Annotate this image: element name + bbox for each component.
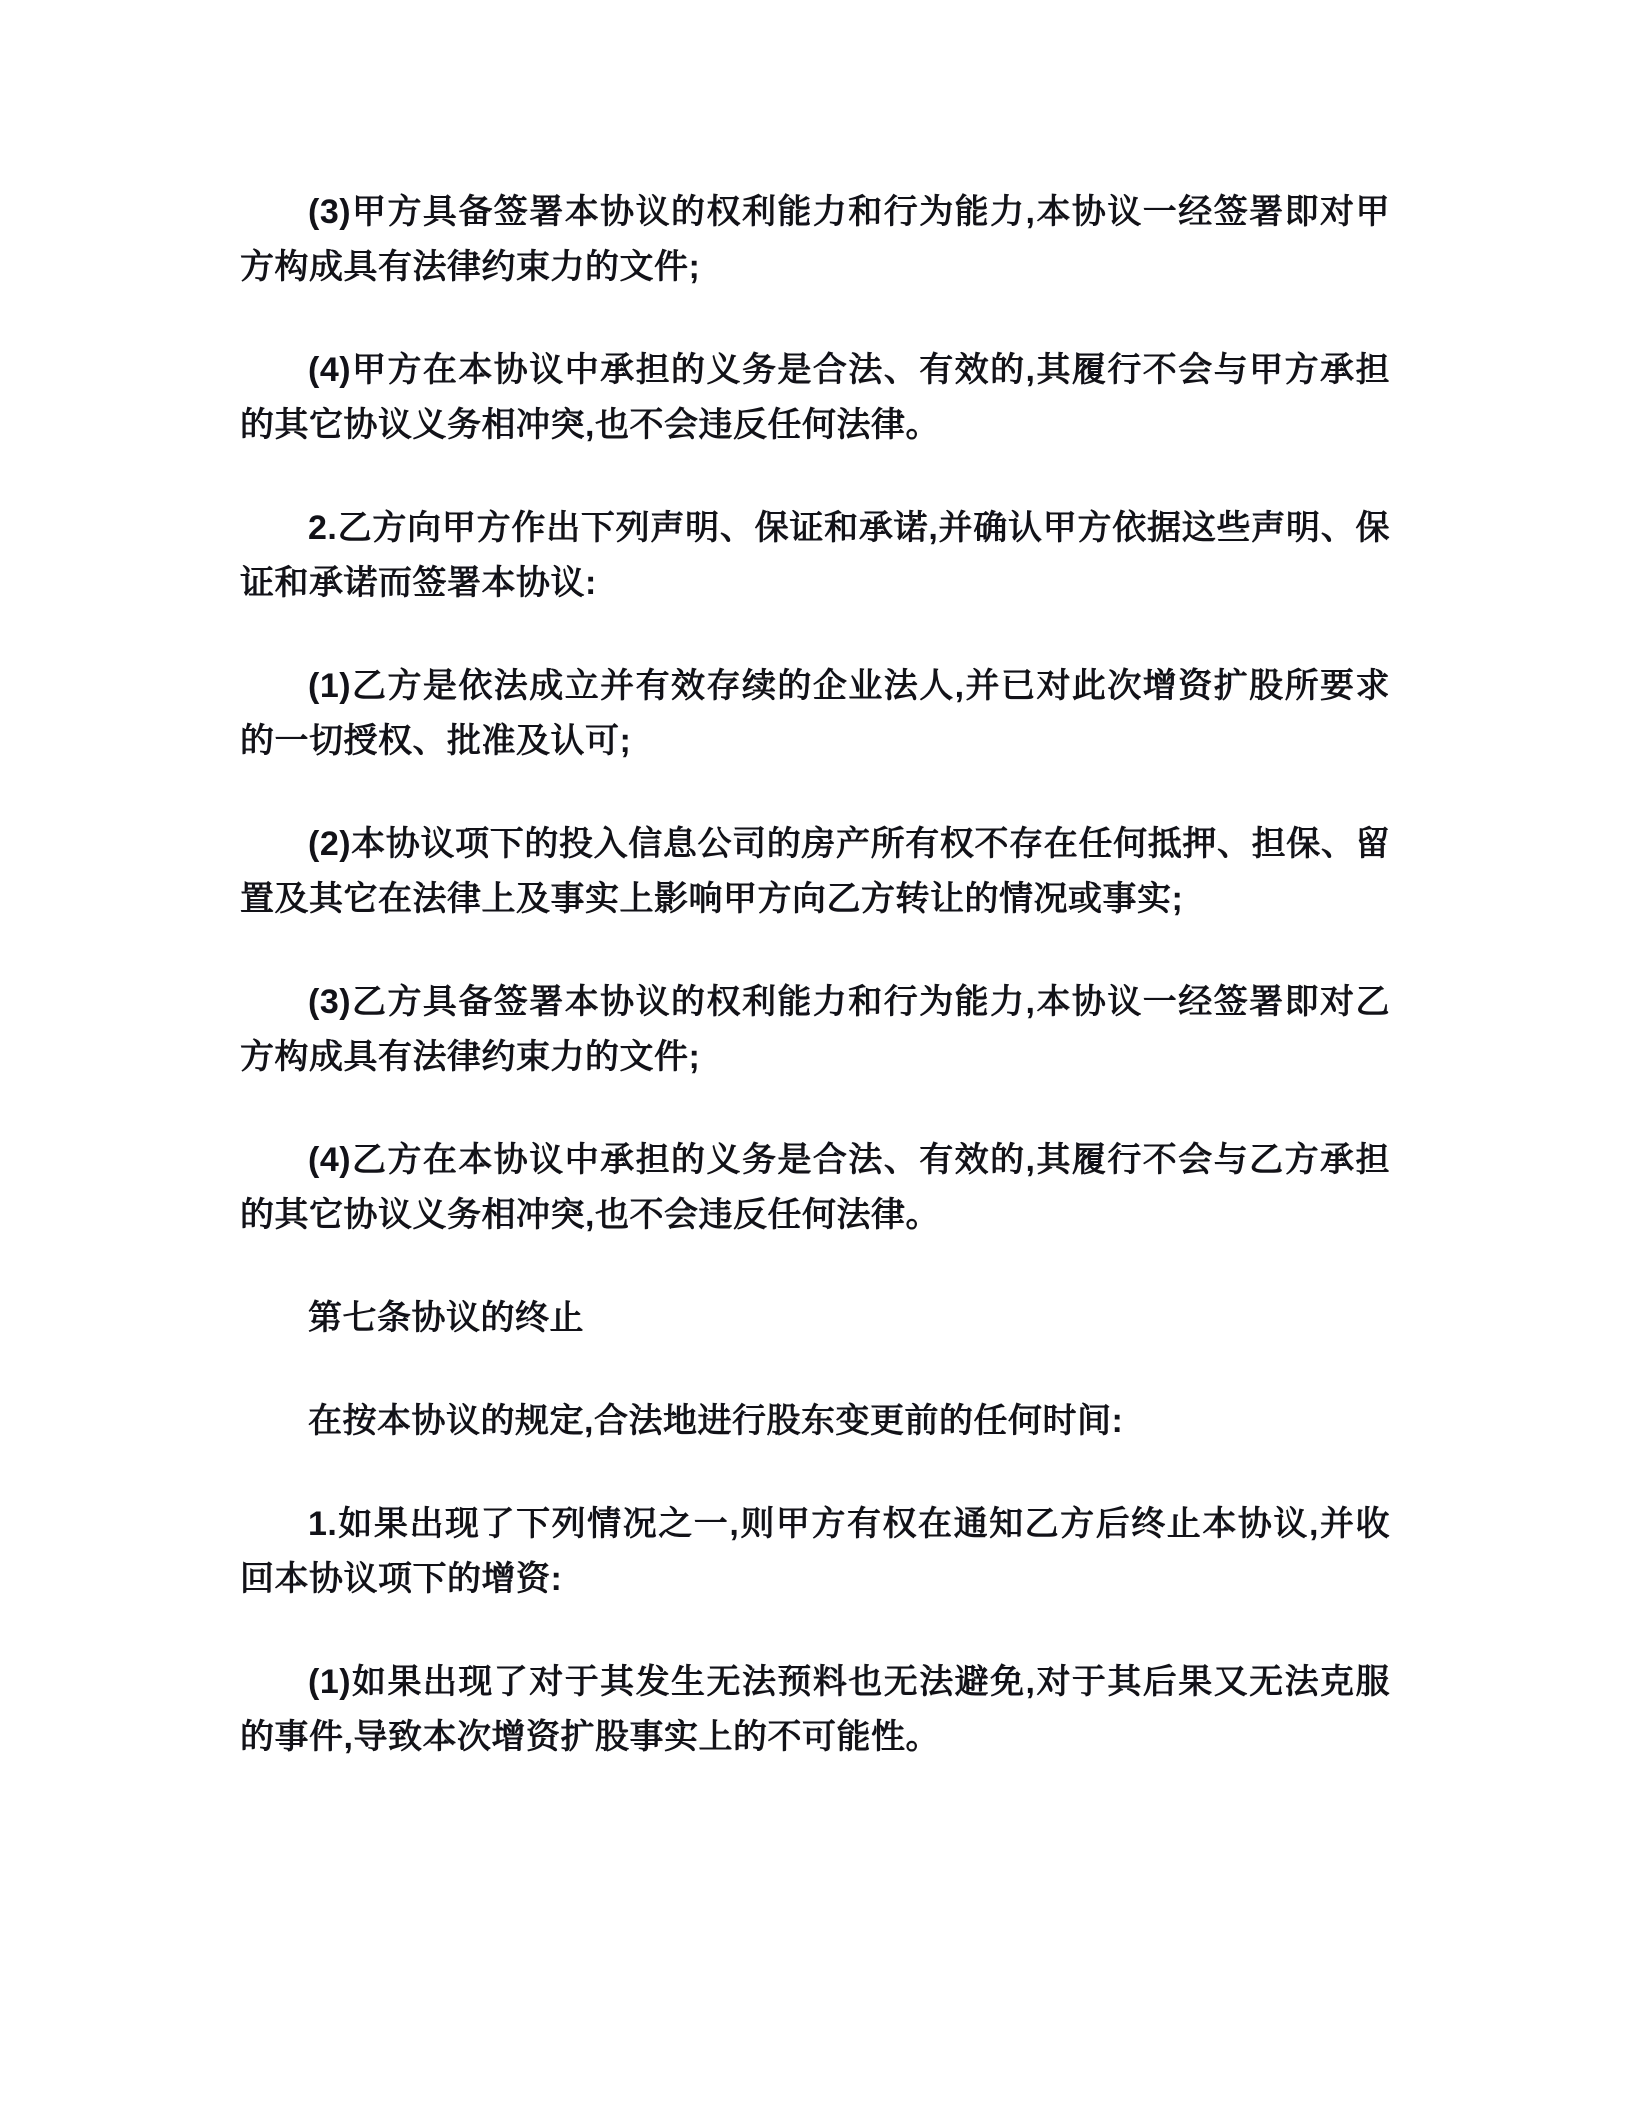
contract-paragraph: (1)乙方是依法成立并有效存续的企业法人,并已对此次增资扩股所要求的一切授权、批… — [240, 659, 1390, 769]
contract-paragraph: (3)乙方具备签署本协议的权利能力和行为能力,本协议一经签署即对乙方构成具有法律… — [240, 975, 1390, 1085]
document-page: (3)甲方具备签署本协议的权利能力和行为能力,本协议一经签署即对甲方构成具有法律… — [0, 0, 1632, 2112]
contract-paragraph: (3)甲方具备签署本协议的权利能力和行为能力,本协议一经签署即对甲方构成具有法律… — [240, 185, 1390, 295]
contract-paragraph: 2.乙方向甲方作出下列声明、保证和承诺,并确认甲方依据这些声明、保证和承诺而签署… — [240, 501, 1390, 611]
contract-paragraph: (1)如果出现了对于其发生无法预料也无法避免,对于其后果又无法克服的事件,导致本… — [240, 1655, 1390, 1765]
document-body: (3)甲方具备签署本协议的权利能力和行为能力,本协议一经签署即对甲方构成具有法律… — [240, 185, 1390, 1765]
contract-paragraph: 1.如果出现了下列情况之一,则甲方有权在通知乙方后终止本协议,并收回本协议项下的… — [240, 1497, 1390, 1607]
contract-paragraph: (4)甲方在本协议中承担的义务是合法、有效的,其履行不会与甲方承担的其它协议义务… — [240, 343, 1390, 453]
contract-paragraph: (4)乙方在本协议中承担的义务是合法、有效的,其履行不会与乙方承担的其它协议义务… — [240, 1133, 1390, 1243]
contract-paragraph: 在按本协议的规定,合法地进行股东变更前的任何时间: — [240, 1394, 1390, 1449]
section-heading: 第七条协议的终止 — [240, 1291, 1390, 1346]
contract-paragraph: (2)本协议项下的投入信息公司的房产所有权不存在任何抵押、担保、留置及其它在法律… — [240, 817, 1390, 927]
